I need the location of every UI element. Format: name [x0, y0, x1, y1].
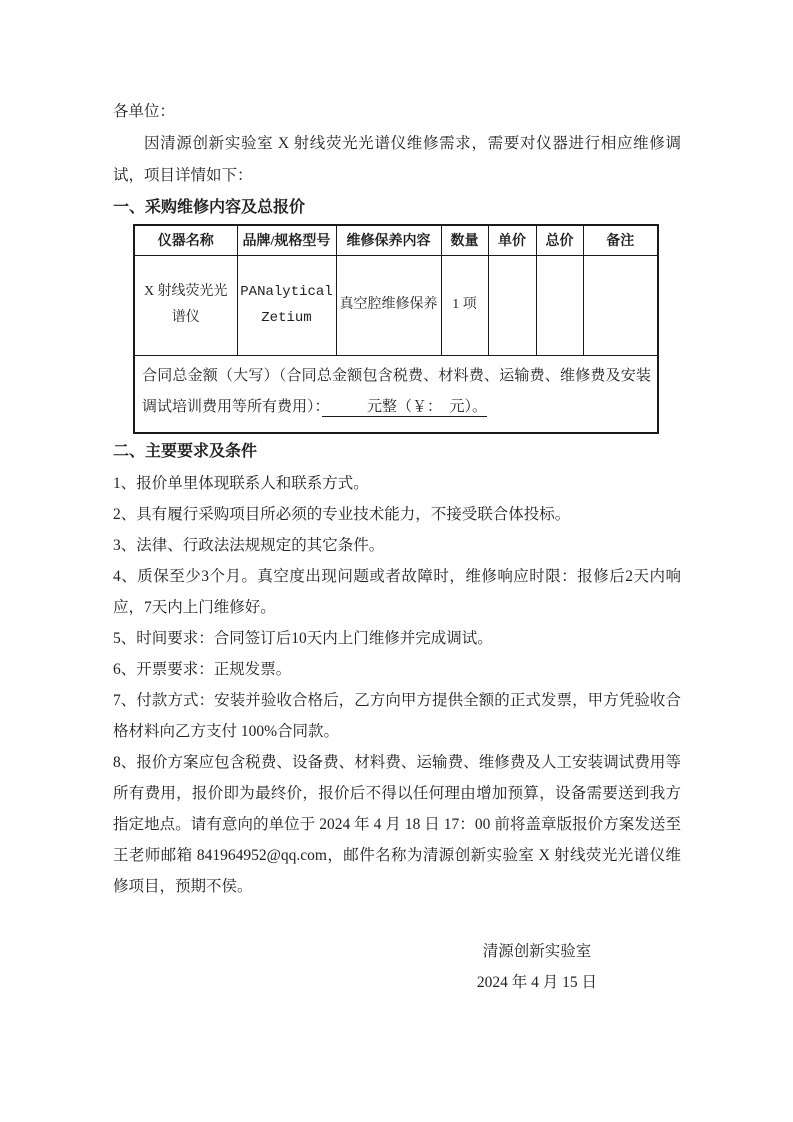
cell-quantity: 1 项 [441, 255, 488, 355]
cell-remark [583, 255, 658, 355]
table-row: X 射线荧光光谱仪 PANalytical Zetium 真空腔维修保养 1 项 [134, 255, 658, 355]
header-unit-price: 单价 [488, 225, 536, 255]
requirement-item-7: 7、付款方式：安装并验收合格后，乙方向甲方提供全额的正式发票，甲方凭验收合格材料… [113, 685, 681, 747]
requirement-item-1: 1、报价单里体现联系人和联系方式。 [113, 468, 681, 499]
cell-unit-price [488, 255, 536, 355]
cell-total-price [536, 255, 583, 355]
requirement-item-4: 4、质保至少3个月。真空度出现问题或者故障时，维修响应时限：报修后2天内响应，7… [113, 561, 681, 623]
header-instrument-name: 仪器名称 [134, 225, 237, 255]
requirement-item-2: 2、具有履行采购项目所必须的专业技术能力，不接受联合体投标。 [113, 499, 681, 530]
quote-table-header-row: 仪器名称 品牌/规格型号 维修保养内容 数量 单价 总价 备注 [134, 225, 658, 255]
requirement-item-5: 5、时间要求：合同签订后10天内上门维修并完成调试。 [113, 623, 681, 654]
signature-date: 2024 年 4 月 15 日 [447, 967, 627, 998]
requirement-item-3: 3、法律、行政法法规规定的其它条件。 [113, 530, 681, 561]
contract-amount-row: 合同总金额（大写）（合同总金额包含税费、材料费、运输费、维修费及安装调试培训费用… [134, 355, 658, 433]
salutation: 各单位： [113, 96, 681, 128]
signature-block: 清源创新实验室 2024 年 4 月 15 日 [447, 936, 627, 998]
quote-table: 仪器名称 品牌/规格型号 维修保养内容 数量 单价 总价 备注 X 射线荧光光谱… [133, 224, 659, 434]
contract-amount-blank-field: 元整（￥： 元）。 [322, 399, 487, 417]
document-page: 各单位： 因清源创新实验室 X 射线荧光光谱仪维修需求，需要对仪器进行相应维修调… [0, 0, 793, 1122]
cell-brand-model: PANalytical Zetium [237, 255, 336, 355]
cell-service-content: 真空腔维修保养 [336, 255, 441, 355]
section1-heading: 一、采购维修内容及总报价 [113, 192, 681, 224]
section2-heading: 二、主要要求及条件 [113, 436, 681, 468]
header-brand-model: 品牌/规格型号 [237, 225, 336, 255]
header-service-content: 维修保养内容 [336, 225, 441, 255]
requirement-item-8: 8、报价方案应包含税费、设备费、材料费、运输费、维修费及人工安装调试费用等所有费… [113, 747, 681, 902]
intro-paragraph: 因清源创新实验室 X 射线荧光光谱仪维修需求，需要对仪器进行相应维修调试，项目详… [113, 128, 681, 192]
cell-instrument-name: X 射线荧光光谱仪 [134, 255, 237, 355]
signature-org: 清源创新实验室 [447, 936, 627, 967]
header-total-price: 总价 [536, 225, 583, 255]
requirement-item-6: 6、开票要求：正规发票。 [113, 654, 681, 685]
header-quantity: 数量 [441, 225, 488, 255]
header-remark: 备注 [583, 225, 658, 255]
